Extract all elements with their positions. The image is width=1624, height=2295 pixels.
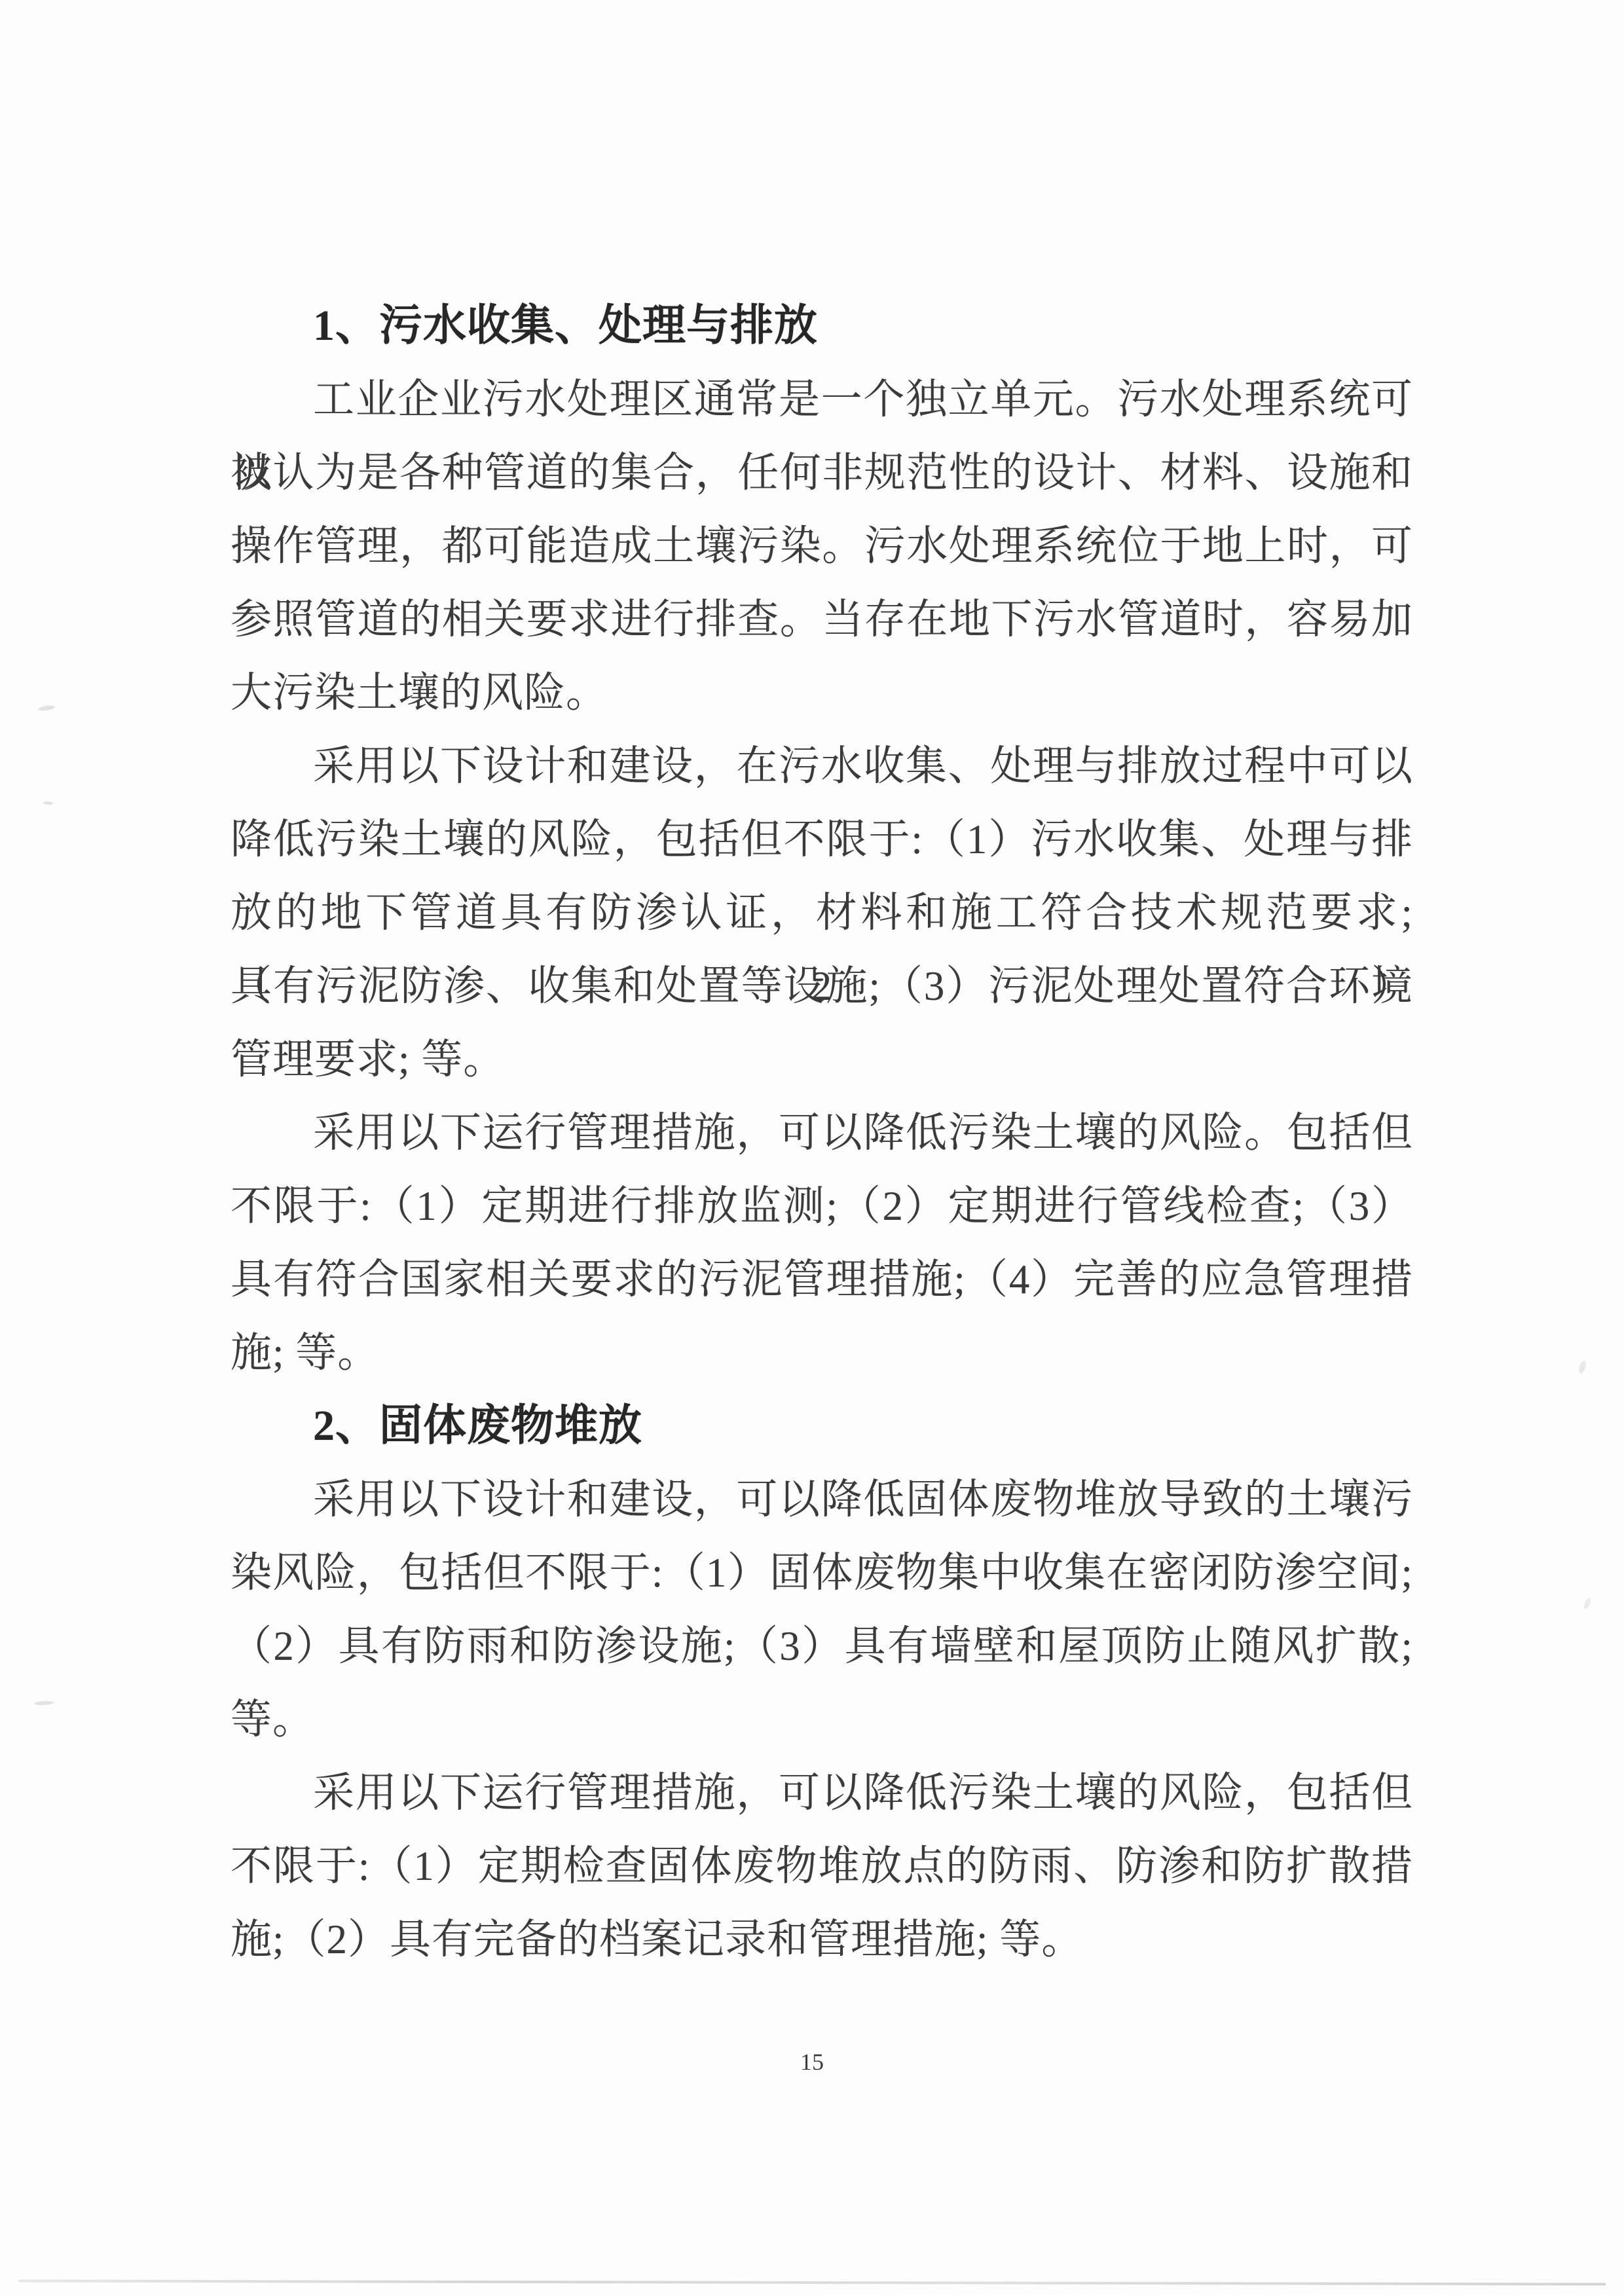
text-line: 操作管理，都可能造成土壤污染。污水处理系统位于地上时，可 [231, 509, 1413, 583]
section-1-heading: 1、污水收集、处理与排放 [231, 289, 1413, 363]
text-line: 工业企业污水处理区通常是一个独立单元。污水处理系统可以 [231, 363, 1413, 436]
text-line: （2）具有防雨和防渗设施;（3）具有墙壁和屋顶防止随风扩散; [231, 1609, 1413, 1683]
text-line: 不限于:（1）定期检查固体废物堆放点的防雨、防渗和防扩散措 [231, 1829, 1413, 1903]
text-line: 采用以下设计和建设，在污水收集、处理与排放过程中可以 [231, 729, 1413, 803]
text-line: 不限于:（1）定期进行排放监测;（2）定期进行管线检查;（3） [231, 1169, 1413, 1243]
text-line: 被认为是各种管道的集合，任何非规范性的设计、材料、设施和 [231, 436, 1413, 509]
text-line: 大污染土壤的风险。 [231, 656, 1413, 729]
text-line: 染风险，包括但不限于:（1）固体废物集中收集在密闭防渗空间; [231, 1536, 1413, 1609]
text-line: 采用以下运行管理措施，可以降低污染土壤的风险，包括但 [231, 1756, 1413, 1829]
scan-artifact [1583, 1597, 1592, 1610]
scan-artifact [34, 1700, 54, 1706]
text-line: 管理要求; 等。 [231, 1023, 1413, 1096]
document-body: 1、污水收集、处理与排放 工业企业污水处理区通常是一个独立单元。污水处理系统可以… [231, 289, 1413, 1976]
section-2-heading: 2、固体废物堆放 [231, 1389, 1413, 1463]
text-line: 降低污染土壤的风险，包括但不限于:（1）污水收集、处理与排 [231, 803, 1413, 876]
scanned-document-page: 1、污水收集、处理与排放 工业企业污水处理区通常是一个独立单元。污水处理系统可以… [0, 0, 1624, 2295]
text-line: 具有符合国家相关要求的污泥管理措施;（4）完善的应急管理措 [231, 1243, 1413, 1316]
scan-artifact [38, 705, 56, 712]
page-number: 15 [0, 2048, 1624, 2076]
text-line: 施;（2）具有完备的档案记录和管理措施; 等。 [231, 1903, 1413, 1976]
text-line: 采用以下设计和建设，可以降低固体废物堆放导致的土壤污 [231, 1463, 1413, 1536]
text-line: 采用以下运行管理措施，可以降低污染土壤的风险。包括但 [231, 1096, 1413, 1169]
text-line: 等。 [231, 1683, 1413, 1756]
text-line: 参照管道的相关要求进行排查。当存在地下污水管道时，容易加 [231, 583, 1413, 656]
scan-artifact [43, 801, 53, 805]
text-line: 施; 等。 [231, 1316, 1413, 1389]
text-line: 具有污泥防渗、收集和处置等设施;（3）污泥处理处置符合环境 [231, 949, 1413, 1023]
scan-artifact [1578, 1360, 1587, 1374]
scan-artifact-bottom-line [18, 2279, 1606, 2285]
text-line: 放的地下管道具有防渗认证，材料和施工符合技术规范要求;（2） [231, 876, 1413, 949]
